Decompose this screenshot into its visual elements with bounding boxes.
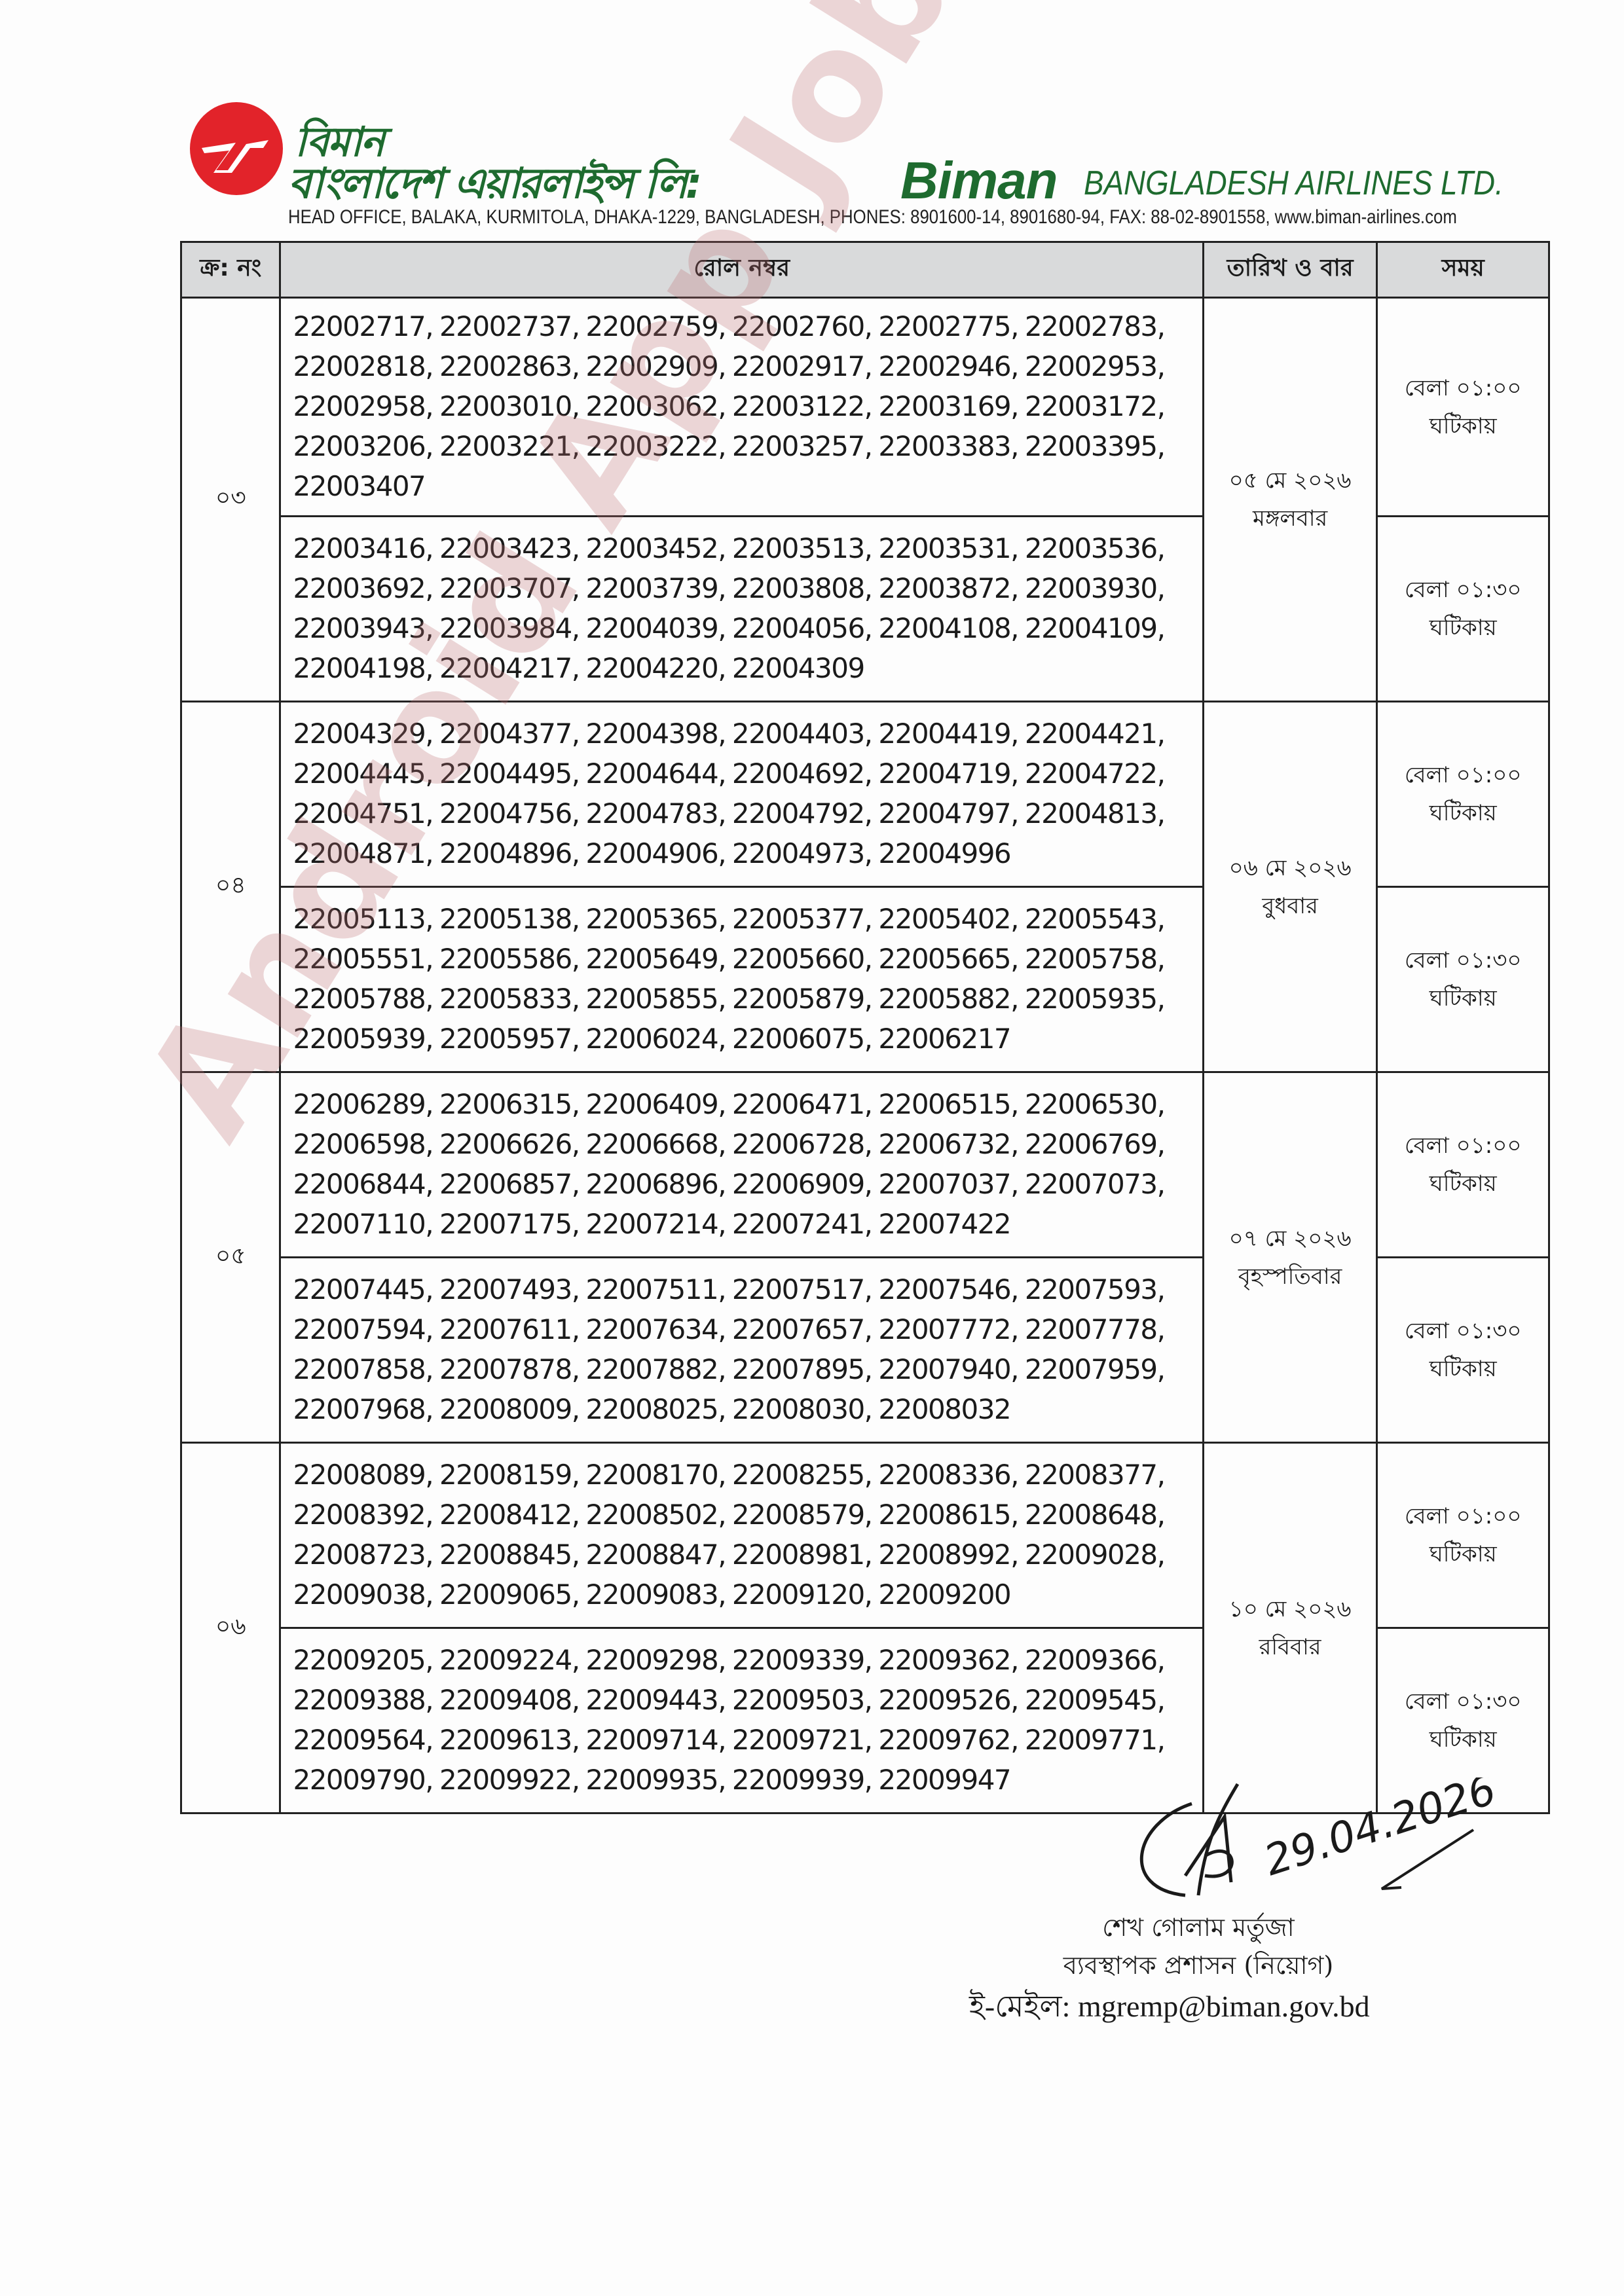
- header-serial: ক্র: নং: [181, 242, 280, 298]
- signature: 29.04.2026: [1107, 1777, 1500, 1911]
- exam-date: ১০ মে ২০২৬: [1205, 1590, 1375, 1628]
- exam-time-suffix: ঘটিকায়: [1378, 407, 1547, 445]
- exam-time: বেলা ০১:৩০: [1378, 941, 1547, 979]
- exam-time-cell: বেলা ০১:০০ঘটিকায়: [1377, 298, 1549, 517]
- exam-time-suffix: ঘটিকায়: [1378, 1350, 1547, 1388]
- exam-time: বেলা ০১:০০: [1378, 1127, 1547, 1165]
- serial-number: ০৩: [181, 298, 280, 702]
- exam-date: ০৬ মে ২০২৬: [1205, 849, 1375, 887]
- signatory-email: ই-মেইল: mgremp@biman.gov.bd: [969, 1984, 1370, 2033]
- biman-logo-icon: [190, 102, 283, 195]
- signatory-block: শেখ গোলাম মর্তুজা ব্যবস্থাপক প্রশাসন (নি…: [956, 1908, 1441, 1984]
- roll-number-list: 22008089, 22008159, 22008170, 22008255, …: [280, 1443, 1203, 1628]
- exam-time-cell: বেলা ০১:৩০ঘটিকায়: [1377, 1258, 1549, 1443]
- serial-number: ০৫: [181, 1072, 280, 1443]
- table-row: ০৬22008089, 22008159, 22008170, 22008255…: [181, 1443, 1549, 1628]
- signatory-name: শেখ গোলাম মর্তুজা: [956, 1908, 1441, 1946]
- roll-number-list: 22003416, 22003423, 22003452, 22003513, …: [280, 517, 1203, 702]
- exam-date-cell: ০৭ মে ২০২৬বৃহস্পতিবার: [1203, 1072, 1376, 1443]
- exam-time-suffix: ঘটিকায়: [1378, 609, 1547, 647]
- table-row: ০৫22006289, 22006315, 22006409, 22006471…: [181, 1072, 1549, 1258]
- serial-number: ০৪: [181, 702, 280, 1072]
- handwritten-date: 29.04.2026: [1259, 1777, 1500, 1886]
- exam-day: বৃহস্পতিবার: [1205, 1258, 1375, 1296]
- exam-time-suffix: ঘটিকায়: [1378, 1535, 1547, 1573]
- exam-time: বেলা ০১:০০: [1378, 369, 1547, 407]
- exam-time-cell: বেলা ০১:০০ঘটিকায়: [1377, 1072, 1549, 1258]
- roll-number-list: 22005113, 22005138, 22005365, 22005377, …: [280, 887, 1203, 1072]
- exam-day: রবিবার: [1205, 1628, 1375, 1666]
- table-row: ০৩22002717, 22002737, 22002759, 22002760…: [181, 298, 1549, 517]
- exam-time-cell: বেলা ০১:৩০ঘটিকায়: [1377, 887, 1549, 1072]
- header-time: সময়: [1377, 242, 1549, 298]
- serial-number: ০৬: [181, 1443, 280, 1813]
- roll-number-list: 22002717, 22002737, 22002759, 22002760, …: [280, 298, 1203, 517]
- signatory-designation: ব্যবস্থাপক প্রশাসন (নিয়োগ): [956, 1946, 1441, 1984]
- exam-date: ০৭ মে ২০২৬: [1205, 1220, 1375, 1258]
- exam-date-cell: ১০ মে ২০২৬রবিবার: [1203, 1443, 1376, 1813]
- exam-time-suffix: ঘটিকায়: [1378, 979, 1547, 1017]
- exam-time: বেলা ০১:০০: [1378, 1497, 1547, 1535]
- exam-time-cell: বেলা ০১:০০ঘটিকায়: [1377, 1443, 1549, 1628]
- exam-time-cell: বেলা ০১:৩০ঘটিকায়: [1377, 517, 1549, 702]
- exam-time-suffix: ঘটিকায়: [1378, 794, 1547, 832]
- roll-number-list: 22009205, 22009224, 22009298, 22009339, …: [280, 1628, 1203, 1813]
- head-office-address: HEAD OFFICE, BALAKA, KURMITOLA, DHAKA-12…: [288, 206, 1457, 228]
- exam-day: বুধবার: [1205, 887, 1375, 925]
- email-address[interactable]: mgremp@biman.gov.bd: [1078, 1990, 1370, 2023]
- header-roll-numbers: রোল নম্বর: [280, 242, 1203, 298]
- exam-date-cell: ০৬ মে ২০২৬বুধবার: [1203, 702, 1376, 1072]
- roll-number-list: 22004329, 22004377, 22004398, 22004403, …: [280, 702, 1203, 887]
- roll-number-list: 22007445, 22007493, 22007511, 22007517, …: [280, 1258, 1203, 1443]
- letterhead: বিমান বাংলাদেশ এয়ারলাইন্স লি: Biman BAN…: [190, 98, 1539, 236]
- exam-time: বেলা ০১:৩০: [1378, 1683, 1547, 1721]
- exam-schedule-table: ক্র: নং রোল নম্বর তারিখ ও বার সময় ০৩220…: [180, 241, 1550, 1814]
- exam-day: মঙ্গলবার: [1205, 500, 1375, 538]
- exam-date: ০৫ মে ২০২৬: [1205, 462, 1375, 500]
- header-date-day: তারিখ ও বার: [1203, 242, 1376, 298]
- exam-time: বেলা ০১:৩০: [1378, 1312, 1547, 1350]
- roll-number-list: 22006289, 22006315, 22006409, 22006471, …: [280, 1072, 1203, 1258]
- exam-time-cell: বেলা ০১:০০ঘটিকায়: [1377, 702, 1549, 887]
- exam-time-suffix: ঘটিকায়: [1378, 1165, 1547, 1203]
- exam-time: বেলা ০১:০০: [1378, 756, 1547, 794]
- english-company-name: BANGLADESH AIRLINES LTD.: [1084, 164, 1504, 203]
- exam-time: বেলা ০১:৩০: [1378, 571, 1547, 609]
- table-header-row: ক্র: নং রোল নম্বর তারিখ ও বার সময়: [181, 242, 1549, 298]
- exam-time-suffix: ঘটিকায়: [1378, 1721, 1547, 1758]
- email-label: ই-মেইল:: [969, 1990, 1070, 2023]
- exam-date-cell: ০৫ মে ২০২৬মঙ্গলবার: [1203, 298, 1376, 702]
- table-row: ০৪22004329, 22004377, 22004398, 22004403…: [181, 702, 1549, 887]
- brand-name: Biman: [900, 151, 1058, 211]
